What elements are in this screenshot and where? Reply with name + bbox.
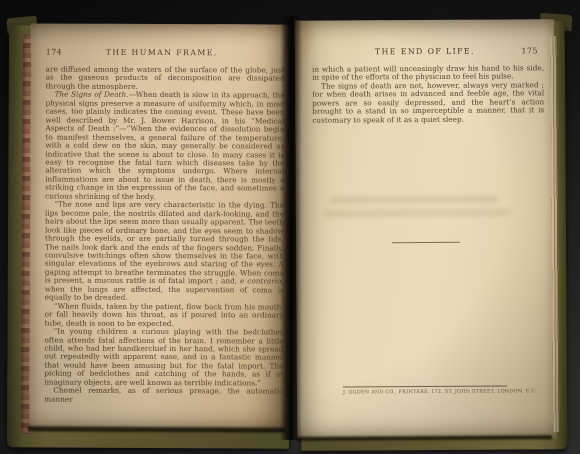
paragraph: The Signs of Death.—When death is slow i…	[45, 91, 284, 202]
right-page: THE END OF LIFE. 175 in which a patient …	[295, 19, 557, 439]
right-page-number: 175	[504, 46, 538, 55]
paragraph: are diffused among the waters of the sur…	[46, 66, 285, 92]
paragraph: Chomel remarks, as of serious presage, t…	[44, 387, 283, 405]
paragraph: “The nose and lips are very characterist…	[45, 201, 284, 303]
printer-imprint: J. OGDEN AND CO., PRINTERS, 172, ST. JOH…	[343, 386, 507, 396]
section-divider-rule	[392, 242, 460, 243]
paragraph-text: “The nose and lips are very characterist…	[45, 200, 284, 286]
paragraph: “When fluids, taken by the patient, flow…	[45, 302, 284, 328]
left-page-number: 174	[46, 48, 80, 57]
paragraph: The signs of death are not, however, alw…	[312, 81, 544, 125]
left-running-title: THE HUMAN FRAME.	[80, 48, 244, 58]
left-page: 174 THE HUMAN FRAME. are diffused among …	[29, 23, 288, 430]
right-page-text: in which a patient will unceasingly draw…	[312, 64, 544, 125]
photo-background: 174 THE HUMAN FRAME. are diffused among …	[0, 0, 580, 454]
paragraph-text: when the lungs are affected, the superve…	[45, 284, 284, 302]
left-page-header: 174 THE HUMAN FRAME.	[46, 48, 278, 58]
paragraph-text: —When death is slow in its approach, the…	[45, 90, 284, 201]
left-page-text: are diffused among the waters of the sur…	[44, 66, 284, 405]
right-running-title: THE END OF LIFE.	[346, 47, 504, 57]
show-through-text-smudge	[324, 208, 510, 217]
book-gutter-shadow	[280, 16, 302, 440]
right-page-header: THE END OF LIFE. 175	[312, 46, 538, 56]
show-through-text-smudge	[330, 196, 498, 204]
paragraph: “In young children a curious playing wit…	[44, 328, 283, 388]
